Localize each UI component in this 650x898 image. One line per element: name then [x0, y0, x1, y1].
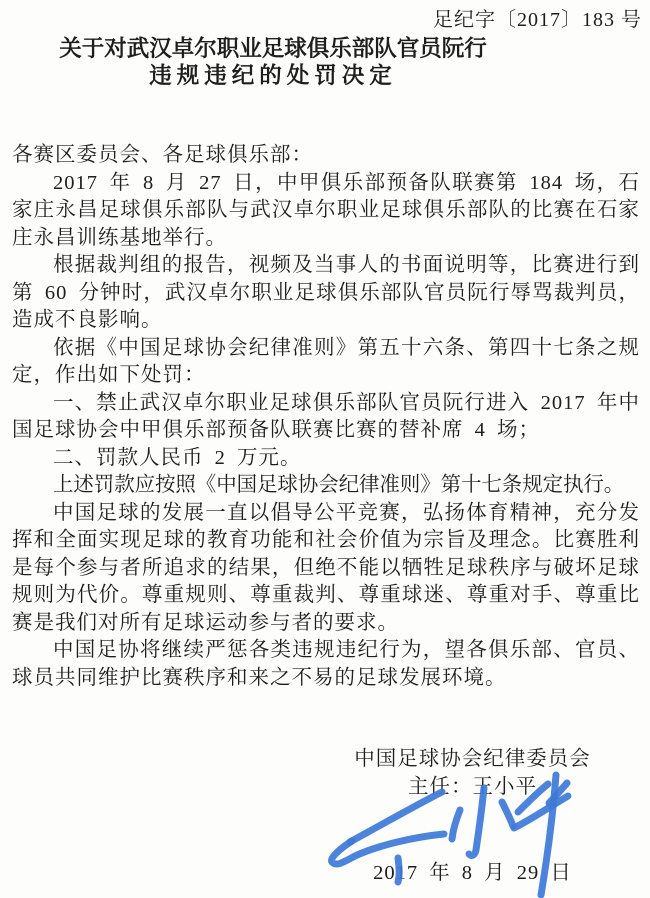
signature-block: 中国足球协会纪律委员会 主任：王小平 2017 年 8 月 29 日	[330, 745, 615, 887]
body-paragraph: 依据《中国足球协会纪律准则》第五十六条、第四十七条之规定，作出如下处罚：	[12, 335, 640, 390]
signature-org: 中国足球协会纪律委员会	[330, 745, 615, 773]
doc-title: 关于对武汉卓尔职业足球俱乐部队官员阮行 违规违纪的处罚决定	[0, 35, 598, 89]
body-paragraph: 各赛区委员会、各足球俱乐部：	[12, 142, 640, 170]
body-paragraph: 中国足球的发展一直以倡导公平竞赛，弘扬体育精神，充分发挥和全面实现足球的教育功能…	[12, 500, 640, 638]
doc-title-line2: 违规违纪的处罚决定	[0, 62, 598, 89]
doc-reference-number: 足纪字〔2017〕183 号	[0, 0, 650, 32]
document-page: 足纪字〔2017〕183 号 关于对武汉卓尔职业足球俱乐部队官员阮行 违规违纪的…	[0, 0, 650, 898]
signature-date: 2017 年 8 月 29 日	[330, 859, 615, 887]
doc-title-line1: 关于对武汉卓尔职业足球俱乐部队官员阮行	[0, 35, 598, 62]
body-paragraph: 上述罚款应按照《中国足球协会纪律准则》第十七条规定执行。	[12, 472, 640, 500]
body-paragraph: 中国足协将继续严惩各类违规违纪行为，望各俱乐部、官员、球员共同维护比赛秩序和来之…	[12, 637, 640, 692]
body-paragraph: 二、罚款人民币 2 万元。	[12, 445, 640, 473]
body-paragraph: 一、禁止武汉卓尔职业足球俱乐部队官员阮行进入 2017 年中国足球协会中甲俱乐部…	[12, 390, 640, 445]
signature-signer-line: 主任：王小平	[330, 773, 615, 801]
doc-body: 各赛区委员会、各足球俱乐部：2017 年 8 月 27 日，中甲俱乐部预备队联赛…	[0, 142, 650, 692]
body-paragraph: 2017 年 8 月 27 日，中甲俱乐部预备队联赛第 184 场，石家庄永昌足…	[12, 170, 640, 253]
body-paragraph: 根据裁判组的报告，视频及当事人的书面说明等，比赛进行到第 60 分钟时，武汉卓尔…	[12, 252, 640, 335]
